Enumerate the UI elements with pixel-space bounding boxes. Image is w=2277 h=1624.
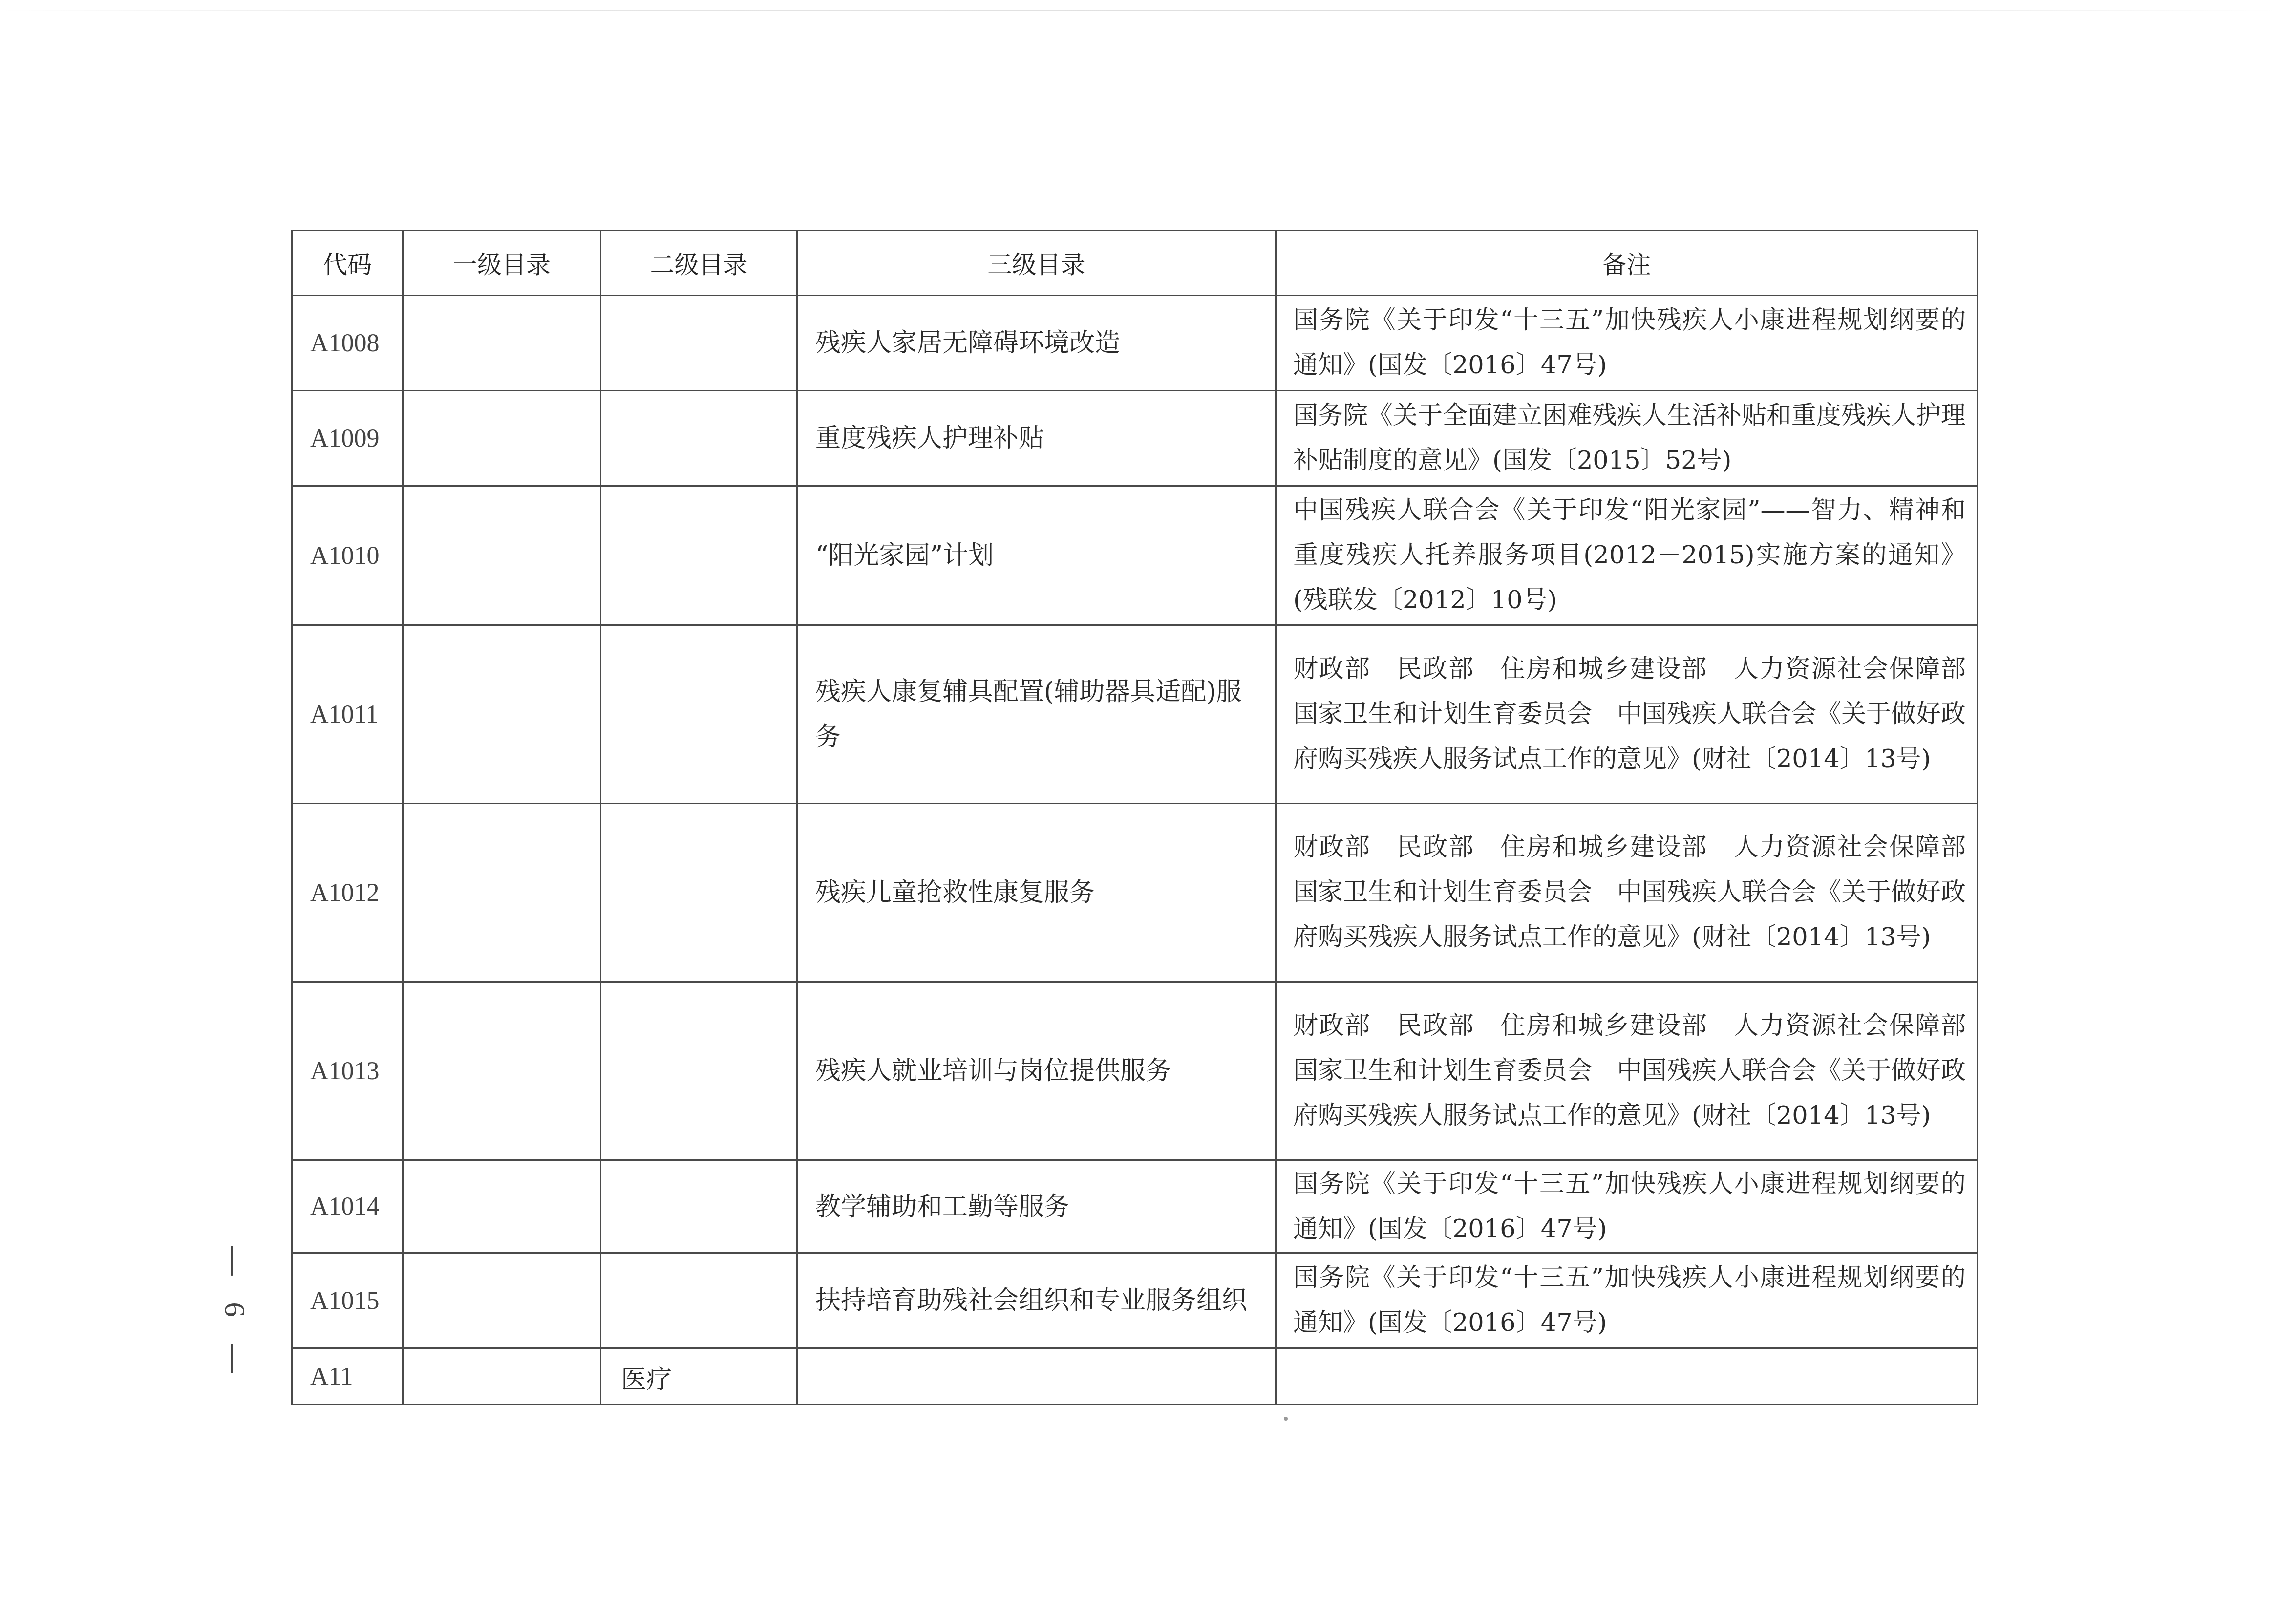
header-level1: 一级目录 — [403, 231, 601, 296]
cell-level1 — [403, 625, 601, 804]
cell-code: A1012 — [292, 804, 403, 982]
cell-code: A1015 — [292, 1253, 403, 1348]
header-level2: 二级目录 — [601, 231, 797, 296]
cell-level3: 重度残疾人护理补贴 — [797, 391, 1276, 486]
cell-code: A1014 — [292, 1160, 403, 1253]
cell-level1 — [403, 486, 601, 625]
cell-level3 — [797, 1348, 1276, 1405]
cell-note: 国务院《关于印发“十三五”加快残疾人小康进程规划纲要的通知》(国发〔2016〕4… — [1276, 296, 1978, 391]
cell-code: A1008 — [292, 296, 403, 391]
cell-level3: “阳光家园”计划 — [797, 486, 1276, 625]
cell-level1 — [403, 1348, 601, 1405]
cell-level3: 扶持培育助残社会组织和专业服务组织 — [797, 1253, 1276, 1348]
cell-level1 — [403, 804, 601, 982]
cell-level3: 教学辅助和工勤等服务 — [797, 1160, 1276, 1253]
cell-level3: 残疾人康复辅具配置(辅助器具适配)服务 — [797, 625, 1276, 804]
cell-code: A1011 — [292, 625, 403, 804]
table-row: A1012 残疾儿童抢救性康复服务 财政部 民政部 住房和城乡建设部 人力资源社… — [292, 804, 1978, 982]
cell-note: 国务院《关于全面建立困难残疾人生活补贴和重度残疾人护理补贴制度的意见》(国发〔2… — [1276, 391, 1978, 486]
table-row: A1008 残疾人家居无障碍环境改造 国务院《关于印发“十三五”加快残疾人小康进… — [292, 296, 1978, 391]
cell-code: A1013 — [292, 982, 403, 1160]
cell-level2 — [601, 982, 797, 1160]
cell-level1 — [403, 1160, 601, 1253]
cell-code: A11 — [292, 1348, 403, 1405]
cell-note: 国务院《关于印发“十三五”加快残疾人小康进程规划纲要的通知》(国发〔2016〕4… — [1276, 1160, 1978, 1253]
cell-note: 中国残疾人联合会《关于印发“阳光家园”——智力、精神和重度残疾人托养服务项目(2… — [1276, 486, 1978, 625]
table-row: A1014 教学辅助和工勤等服务 国务院《关于印发“十三五”加快残疾人小康进程规… — [292, 1160, 1978, 1253]
table-row: A1013 残疾人就业培训与岗位提供服务 财政部 民政部 住房和城乡建设部 人力… — [292, 982, 1978, 1160]
scan-top-edge — [0, 10, 2277, 11]
cell-note: 财政部 民政部 住房和城乡建设部 人力资源社会保障部 国家卫生和计划生育委员会 … — [1276, 982, 1978, 1160]
cell-level3: 残疾儿童抢救性康复服务 — [797, 804, 1276, 982]
cell-level1 — [403, 296, 601, 391]
cell-level2 — [601, 625, 797, 804]
cell-level2 — [601, 1160, 797, 1253]
cell-level2 — [601, 804, 797, 982]
cell-level2 — [601, 1253, 797, 1348]
cell-code: A1009 — [292, 391, 403, 486]
cell-note — [1276, 1348, 1978, 1405]
cell-code: A1010 — [292, 486, 403, 625]
cell-level1 — [403, 982, 601, 1160]
cell-note: 财政部 民政部 住房和城乡建设部 人力资源社会保障部 国家卫生和计划生育委员会 … — [1276, 804, 1978, 982]
cell-level3: 残疾人家居无障碍环境改造 — [797, 296, 1276, 391]
cell-level1 — [403, 1253, 601, 1348]
table-row: A1010 “阳光家园”计划 中国残疾人联合会《关于印发“阳光家园”——智力、精… — [292, 486, 1978, 625]
cell-note: 国务院《关于印发“十三五”加快残疾人小康进程规划纲要的通知》(国发〔2016〕4… — [1276, 1253, 1978, 1348]
page-number-text: — 6 — — [218, 1246, 252, 1383]
cell-level2 — [601, 391, 797, 486]
scan-speck — [1284, 1417, 1288, 1421]
service-catalog-table: 代码 一级目录 二级目录 三级目录 备注 A1008 残疾人家居无障碍环境改造 … — [291, 230, 1978, 1405]
page-number: — 6 — — [210, 1231, 259, 1397]
table-row: A11 医疗 — [292, 1348, 1978, 1405]
table-header-row: 代码 一级目录 二级目录 三级目录 备注 — [292, 231, 1978, 296]
header-note: 备注 — [1276, 231, 1978, 296]
cell-level1 — [403, 391, 601, 486]
header-code: 代码 — [292, 231, 403, 296]
header-level3: 三级目录 — [797, 231, 1276, 296]
cell-level2: 医疗 — [601, 1348, 797, 1405]
table-row: A1011 残疾人康复辅具配置(辅助器具适配)服务 财政部 民政部 住房和城乡建… — [292, 625, 1978, 804]
cell-level3: 残疾人就业培训与岗位提供服务 — [797, 982, 1276, 1160]
cell-level2 — [601, 486, 797, 625]
cell-level2 — [601, 296, 797, 391]
table-row: A1009 重度残疾人护理补贴 国务院《关于全面建立困难残疾人生活补贴和重度残疾… — [292, 391, 1978, 486]
cell-note: 财政部 民政部 住房和城乡建设部 人力资源社会保障部 国家卫生和计划生育委员会 … — [1276, 625, 1978, 804]
table-row: A1015 扶持培育助残社会组织和专业服务组织 国务院《关于印发“十三五”加快残… — [292, 1253, 1978, 1348]
